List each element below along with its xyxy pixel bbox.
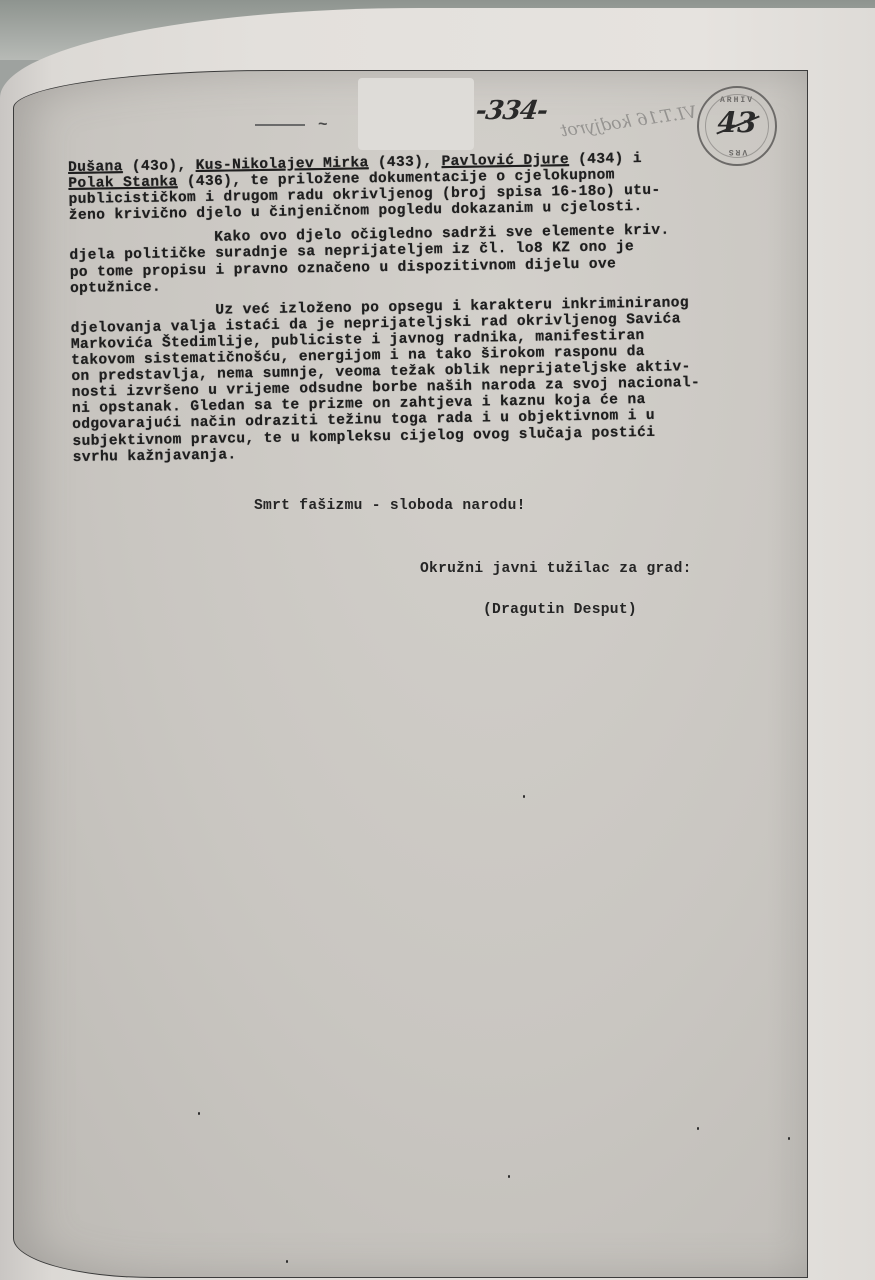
speck: [697, 1127, 699, 1130]
header-rule: [255, 124, 305, 126]
underlined-name: Polak Stanka: [68, 174, 178, 192]
closing-slogan: Smrt fašizmu - sloboda narodu!: [254, 498, 526, 514]
speck: [508, 1175, 510, 1178]
speck: [286, 1260, 288, 1263]
redacted-area: [358, 78, 474, 150]
text-segment: (434) i: [569, 151, 642, 168]
speck: [523, 795, 525, 798]
text-segment: optužnice.: [70, 279, 161, 296]
speck: [198, 1112, 200, 1115]
document-body: Dušana (43o), Kus-Nikolajev Mirka (433),…: [68, 149, 793, 466]
speck: [788, 1137, 790, 1140]
page-number: -334-: [474, 96, 549, 126]
text-segment: (433),: [369, 154, 442, 171]
stamp-top-text: ARHIV: [699, 96, 775, 105]
stamp-number: 43: [699, 106, 775, 139]
underlined-name: Dušana: [68, 159, 123, 176]
text-segment: svrhu kažnjavanja.: [73, 447, 237, 466]
header-mark: ~: [318, 116, 328, 134]
signature-name: (Dragutin Desput): [483, 602, 637, 618]
text-segment: (43o),: [123, 158, 196, 175]
signature-title: Okružni javni tužilac za grad:: [420, 561, 692, 577]
